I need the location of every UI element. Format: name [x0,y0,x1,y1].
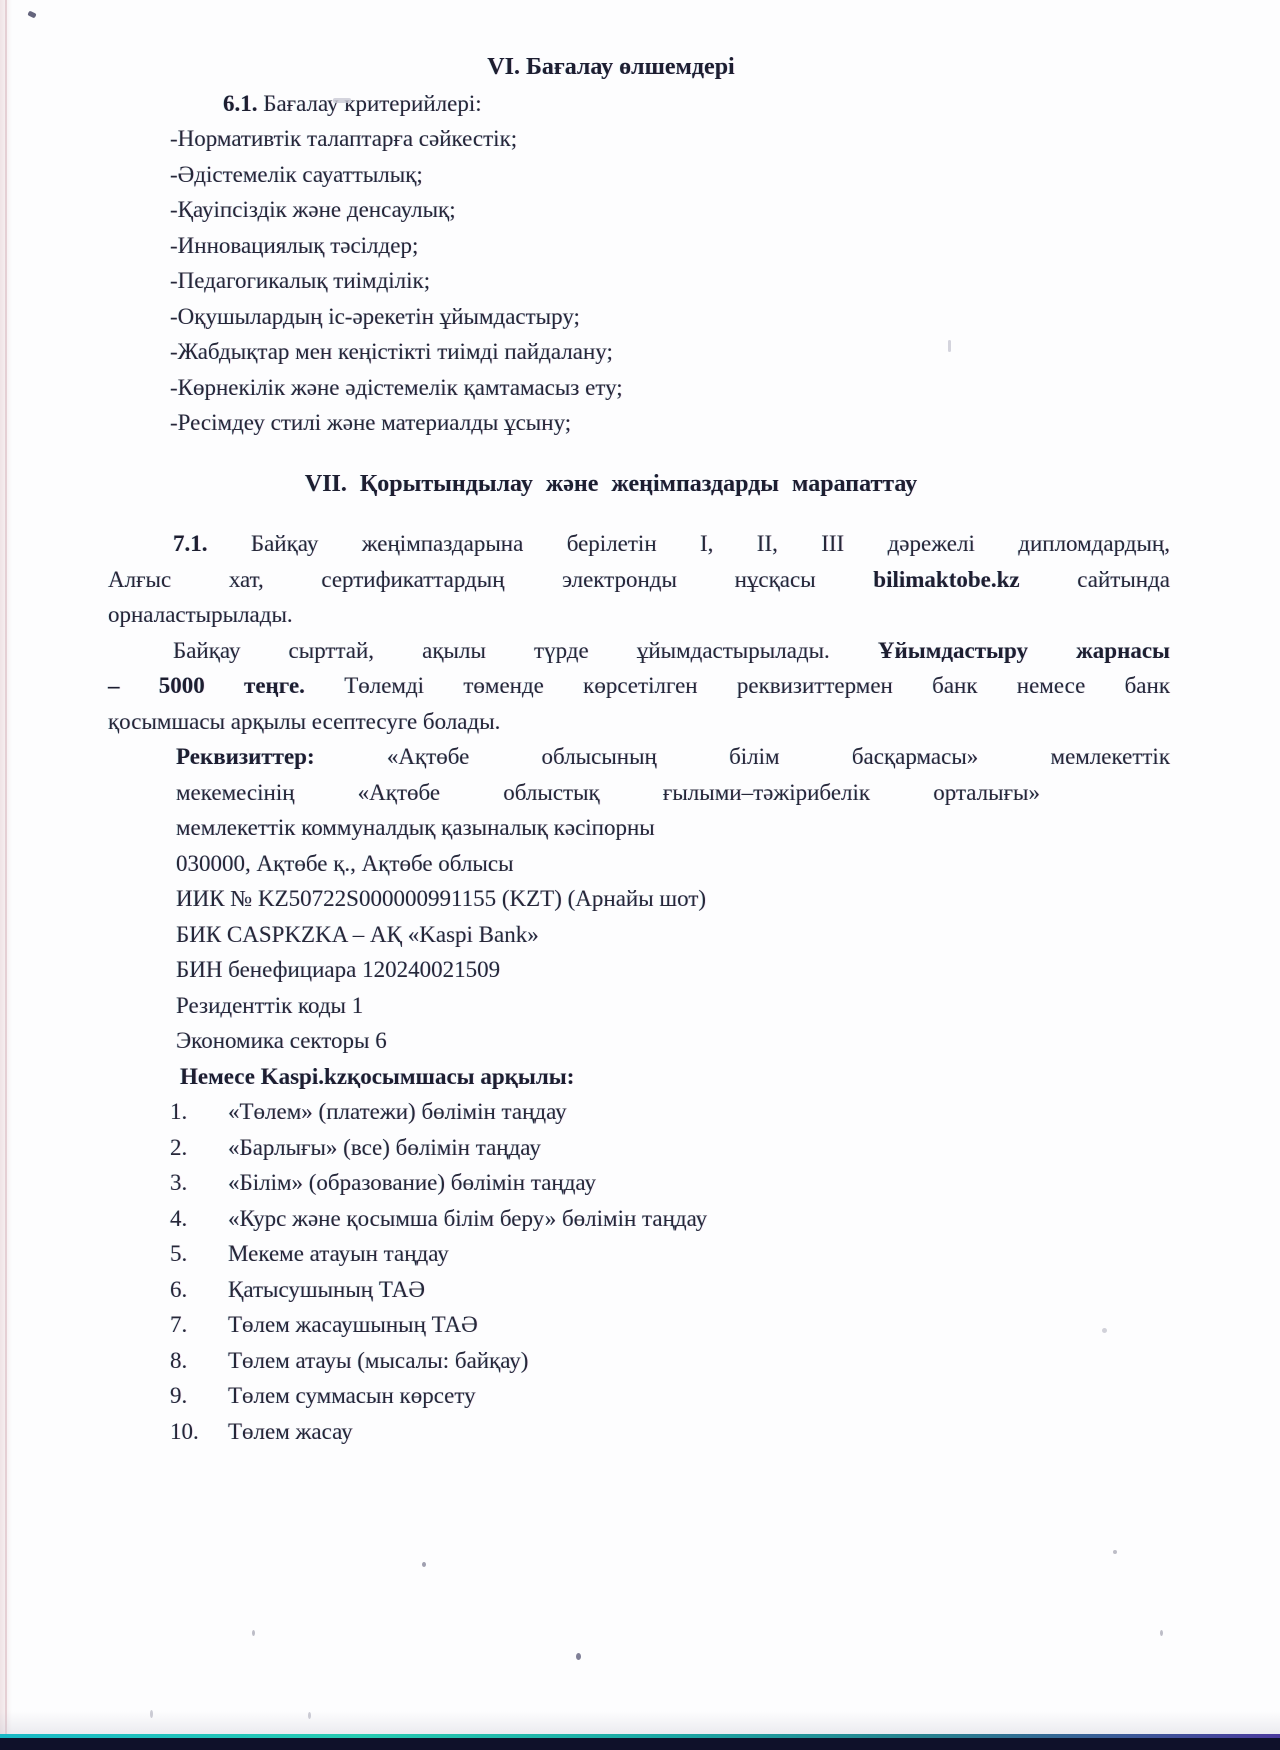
scan-speck [1113,1550,1117,1554]
criteria-list: -Нормативтік талаптарға сәйкестік; -Әдіс… [108,121,1170,441]
document-content: VI. Бағалау өлшемдері 6.1. Бағалау крите… [108,50,1170,1449]
list-item: 10.Төлем жасау [108,1414,1170,1450]
step-number: 9. [170,1378,228,1414]
fee-amount: – 5000 теңге. [108,673,344,698]
step-number: 7. [170,1307,228,1343]
paragraph-7-1-line-1: 7.1. Байқау жеңімпаздарына берілетін I, … [108,526,1170,562]
list-item: 1.«Төлем» (платежи) бөлімін таңдау [108,1094,1170,1130]
step-text: Төлем жасаушының ТАӘ [228,1312,478,1337]
ink-mark [27,11,36,19]
paragraph-fee: Байқау сырттай, ақылы түрде ұйымдастырыл… [108,633,1170,740]
criteria-item: -Көрнекілік және әдістемелік қамтамасыз … [170,370,1170,406]
section-7-title: VII. Қорытындылау және жеңімпаздарды мар… [80,467,1142,503]
criteria-item: -Педагогикалық тиімділік; [170,263,1170,299]
kaspi-steps-list: 1.«Төлем» (платежи) бөлімін таңдау 2.«Ба… [108,1094,1170,1449]
step-number: 1. [170,1094,228,1130]
section-6-title: VI. Бағалау өлшемдері [80,50,1142,86]
requisites-iik: ИИК № KZ50722S000000991155 (KZT) (Арнайы… [176,881,1170,917]
requisites-line-2: мекемесінің «Ақтөбе облыстық ғылыми–тәжі… [176,775,1040,811]
scan-speck [252,1630,255,1636]
requisites-bin: БИН бенефициара 120240021509 [176,952,1170,988]
requisites-label: Реквизиттер: [176,744,387,769]
requisites-block: Реквизиттер: «Ақтөбе облысының білім бас… [176,739,1170,1094]
scan-left-edge-line [5,0,7,1750]
scan-speck [1102,1328,1107,1333]
paragraph-7-1-line-2: Алғыс хат, сертификаттардың электронды н… [108,562,1170,598]
criteria-item: -Оқушылардың іс-әрекетін ұйымдастыру; [170,299,1170,335]
step-text: «Курс және қосымша білім беру» бөлімін т… [228,1206,707,1231]
step-text: «Білім» (образование) бөлімін таңдау [228,1170,596,1195]
step-text: Төлем атауы (мысалы: байқау) [228,1348,528,1373]
scan-speck [422,1562,426,1567]
scanned-document-page: VI. Бағалау өлшемдері 6.1. Бағалау крите… [0,0,1280,1750]
step-text: «Төлем» (платежи) бөлімін таңдау [228,1099,567,1124]
criteria-item: -Қауіпсіздік және денсаулық; [170,192,1170,228]
step-text: Мекеме атауын таңдау [228,1241,449,1266]
paragraph-7-1-line-1-text: Байқау жеңімпаздарына берілетін I, II, I… [208,531,1171,556]
requisites-residency-code: Резиденттік коды 1 [176,988,1170,1024]
step-text: Төлем суммасын көрсету [228,1383,476,1408]
clause-6-1-number: 6.1. [223,91,258,116]
scan-smudge [948,340,951,352]
step-text: Төлем жасау [228,1419,353,1444]
clause-6-1: 6.1. Бағалау критерийлері: [108,86,1170,122]
site-name: bilimaktobe.kz [873,567,1019,592]
paragraph-fee-line-3: қосымшасы арқылы есептесуге болады. [108,704,1170,740]
criteria-item: -Әдістемелік сауаттылық; [170,157,1170,193]
scan-smudge [333,98,351,103]
paragraph-fee-line-1-text: Байқау сырттай, ақылы түрде ұйымдастырыл… [173,638,878,663]
scan-speck [576,1653,581,1660]
clause-7-1-number: 7.1. [173,531,208,556]
list-item: 6.Қатысушының ТАӘ [108,1272,1170,1308]
paragraph-7-1-line-3: орналастырылады. [108,597,1170,633]
scanner-dark-strip [0,1738,1280,1750]
paragraph-fee-line-1: Байқау сырттай, ақылы түрде ұйымдастырыл… [108,633,1170,669]
list-item: 5.Мекеме атауын таңдау [108,1236,1170,1272]
kaspi-steps-header: Немесе Kaspi.kzқосымшасы арқылы: [176,1059,1170,1095]
list-item: 7.Төлем жасаушының ТАӘ [108,1307,1170,1343]
step-number: 6. [170,1272,228,1308]
paragraph-fee-line-2: – 5000 теңге. Төлемді төменде көрсетілге… [108,668,1170,704]
criteria-item: -Жабдықтар мен кеңістікті тиімді пайдала… [170,334,1170,370]
list-item: 9.Төлем суммасын көрсету [108,1378,1170,1414]
requisites-line-1-text: «Ақтөбе облысының білім басқармасы» мемл… [387,744,1170,769]
step-text: «Барлығы» (все) бөлімін таңдау [228,1135,541,1160]
list-item: 2.«Барлығы» (все) бөлімін таңдау [108,1130,1170,1166]
requisites-economy-sector: Экономика секторы 6 [176,1023,1170,1059]
criteria-item: -Ресімдеу стилі және материалды ұсыну; [170,405,1170,441]
list-item: 4.«Курс және қосымша білім беру» бөлімін… [108,1201,1170,1237]
list-item: 3.«Білім» (образование) бөлімін таңдау [108,1165,1170,1201]
step-number: 2. [170,1130,228,1166]
list-item: 8.Төлем атауы (мысалы: байқау) [108,1343,1170,1379]
requisites-address: 030000, Ақтөбе қ., Ақтөбе облысы [176,846,1170,882]
step-number: 10. [170,1414,228,1450]
criteria-item: -Инновациялық тәсілдер; [170,228,1170,264]
clause-6-1-text: Бағалау критерийлері: [258,91,482,116]
step-number: 3. [170,1165,228,1201]
step-text: Қатысушының ТАӘ [228,1277,425,1302]
step-number: 8. [170,1343,228,1379]
paragraph-fee-line-2-text: Төлемді төменде көрсетілген реквизиттерм… [344,673,1170,698]
step-number: 5. [170,1236,228,1272]
step-number: 4. [170,1201,228,1237]
fee-label: Ұйымдастыру жарнасы [878,638,1170,663]
paragraph-7-1: 7.1. Байқау жеңімпаздарына берілетін I, … [108,526,1170,633]
scan-speck [1160,1630,1163,1636]
paragraph-7-1-line-2-tail: сайтында [1020,567,1170,592]
paragraph-7-1-line-2-text: Алғыс хат, сертификаттардың электронды н… [108,567,873,592]
requisites-line-3: мемлекеттік коммуналдық қазыналық кәсіпо… [176,810,1170,846]
criteria-item: -Нормативтік талаптарға сәйкестік; [170,121,1170,157]
requisites-bik: БИК CASPKZKA – АҚ «Kaspi Bank» [176,917,1170,953]
requisites-line-1: Реквизиттер: «Ақтөбе облысының білім бас… [176,739,1170,775]
